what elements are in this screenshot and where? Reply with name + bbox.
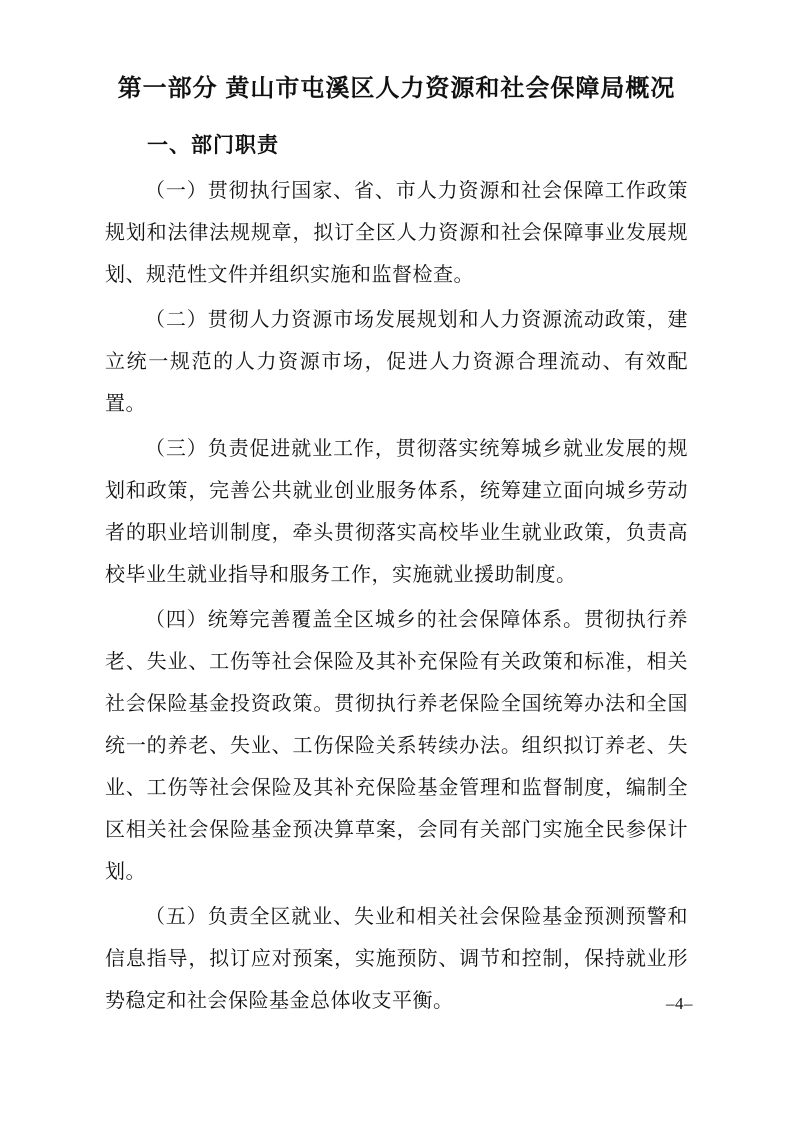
document-page: 第一部分 黄山市屯溪区人力资源和社会保障局概况 一、部门职责 （一）贯彻执行国家… xyxy=(0,0,793,1122)
document-title: 第一部分 黄山市屯溪区人力资源和社会保障局概况 xyxy=(105,74,688,104)
duty-paragraph-5: （五）负责全区就业、失业和相关社会保险基金预测预警和信息指导，拟订应对预案，实施… xyxy=(105,896,688,1022)
duty-paragraph-2: （二）贯彻人力资源市场发展规划和人力资源流动政策，建立统一规范的人力资源市场，促… xyxy=(105,299,688,425)
duty-paragraph-3: （三）负责促进就业工作，贯彻落实统筹城乡就业发展的规划和政策，完善公共就业创业服… xyxy=(105,428,688,596)
section-heading-department-duties: 一、部门职责 xyxy=(105,131,688,160)
duty-paragraph-1: （一）贯彻执行国家、省、市人力资源和社会保障工作政策规划和法律法规规章，拟订全区… xyxy=(105,170,688,296)
page-number: –4– xyxy=(666,994,693,1014)
duty-paragraph-4: （四）统筹完善覆盖全区城乡的社会保障体系。贯彻执行养老、失业、工伤等社会保险及其… xyxy=(105,599,688,893)
